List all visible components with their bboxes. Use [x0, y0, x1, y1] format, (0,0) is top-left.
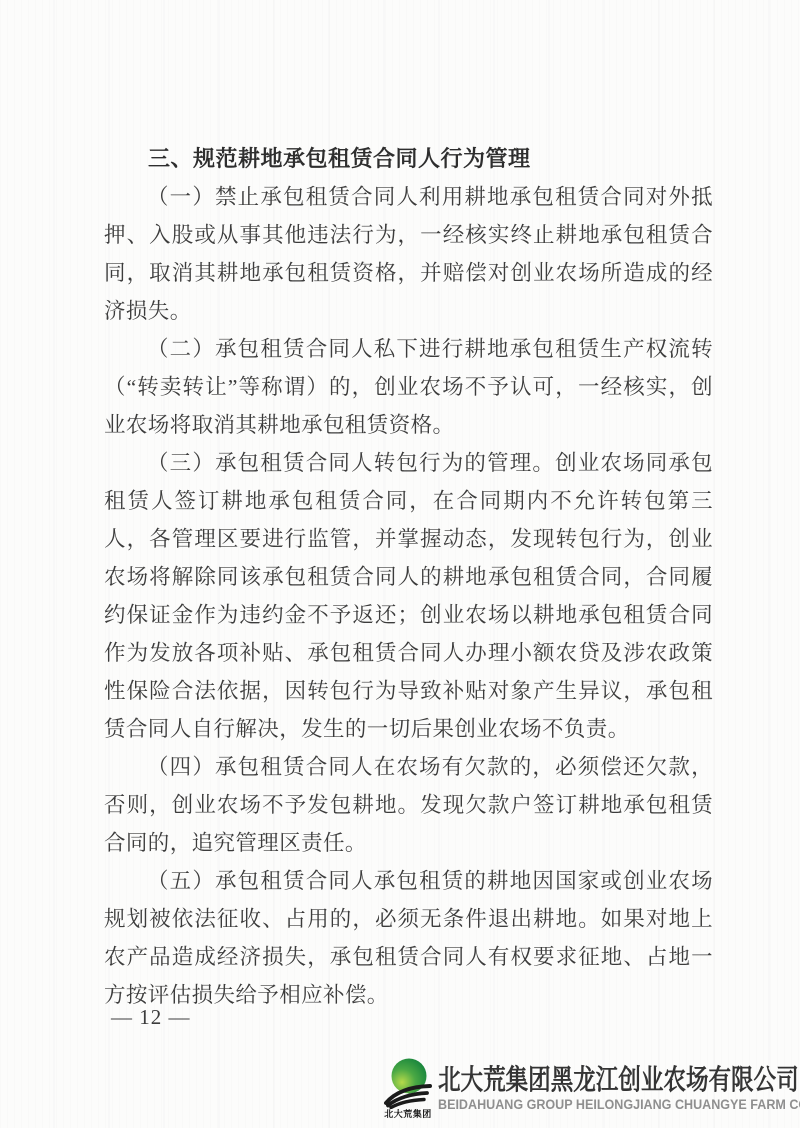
section-heading: 三、规范耕地承包租赁合同人行为管理	[104, 140, 713, 178]
footer-brand: 北大荒集团 北大荒集团黑龙江创业农场有限公司 BEIDAHUANG GROUP …	[383, 1057, 800, 1120]
paragraph-4: （四）承包租赁合同人在农场有欠款的，必须偿还欠款，否则，创业农场不予发包耕地。发…	[104, 748, 713, 862]
company-name-block: 北大荒集团黑龙江创业农场有限公司 BEIDAHUANG GROUP HEILON…	[438, 1057, 800, 1112]
document-page: 三、规范耕地承包租赁合同人行为管理 （一）禁止承包租赁合同人利用耕地承包租赁合同…	[0, 0, 800, 1128]
logo-caption: 北大荒集团	[384, 1109, 432, 1120]
beidahuang-logo: 北大荒集团	[383, 1057, 433, 1120]
paragraph-3: （三）承包租赁合同人转包行为的管理。创业农场同承包租赁人签订耕地承包租赁合同，在…	[104, 444, 713, 748]
beidahuang-sun-furrows-icon	[384, 1057, 432, 1109]
paragraph-2: （二）承包租赁合同人私下进行耕地承包租赁生产权流转（“转卖转让”等称谓）的，创业…	[104, 330, 713, 444]
page-number: — 12 —	[111, 1002, 191, 1032]
paragraph-1: （一）禁止承包租赁合同人利用耕地承包租赁合同对外抵押、入股或从事其他违法行为，一…	[104, 178, 713, 330]
company-name-en: BEIDAHUANG GROUP HEILONGJIANG CHUANGYE F…	[438, 1097, 800, 1112]
document-text-block: 三、规范耕地承包租赁合同人行为管理 （一）禁止承包租赁合同人利用耕地承包租赁合同…	[104, 140, 713, 1014]
company-name-zh: 北大荒集团黑龙江创业农场有限公司	[438, 1064, 799, 1095]
paragraph-5: （五）承包租赁合同人承包租赁的耕地因国家或创业农场规划被依法征收、占用的，必须无…	[104, 862, 713, 1014]
